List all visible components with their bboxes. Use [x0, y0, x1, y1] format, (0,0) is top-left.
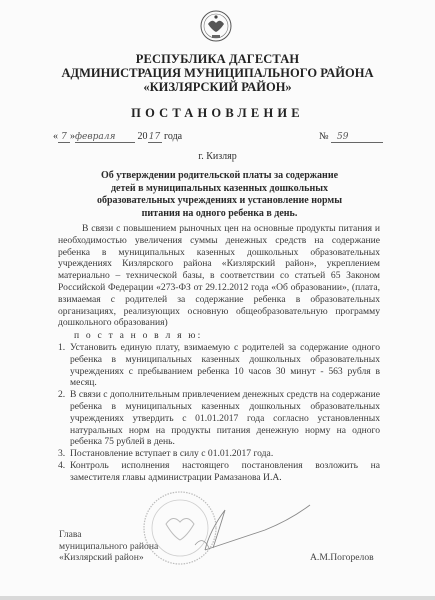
- header-republic: РЕСПУБЛИКА ДАГЕСТАН: [0, 52, 435, 67]
- signatory-position: Глава муниципального района «Кизлярский …: [59, 529, 158, 564]
- position-line-2: муниципального района: [59, 541, 158, 553]
- header-district: «КИЗЛЯРСКИЙ РАЙОН»: [0, 80, 435, 95]
- number-value: 59: [331, 132, 383, 143]
- document-subject: Об утверждении родительской платы за сод…: [92, 170, 347, 220]
- date-year-word: года: [164, 131, 182, 142]
- document-type-title: ПОСТАНОВЛЕНИЕ: [0, 106, 435, 121]
- date-day: 7: [58, 132, 70, 143]
- number-label: №: [319, 131, 329, 142]
- coat-of-arms-icon: [198, 8, 234, 44]
- city: г. Кизляр: [0, 151, 435, 162]
- date-line: «7»февраля 2017 года № 59: [53, 131, 383, 145]
- decree-item: 4.Контроль исполнения настоящего постано…: [58, 460, 380, 484]
- page-bottom-edge: [0, 596, 435, 600]
- document-page: РЕСПУБЛИКА ДАГЕСТАН АДМИНИСТРАЦИЯ МУНИЦИ…: [0, 0, 435, 600]
- signatory-name: А.М.Погорелов: [310, 552, 374, 563]
- decree-item: 3.Постановление вступает в силу с 01.01.…: [58, 448, 380, 460]
- position-line-1: Глава: [59, 529, 158, 541]
- handwritten-signature-icon: [175, 490, 315, 560]
- decree-item: 1.Установить единую плату, взимаемую с р…: [58, 342, 380, 389]
- decree-item: 2.В связи с дополнительным привлечением …: [58, 389, 380, 448]
- document-number: № 59: [319, 131, 383, 143]
- date-year-suffix: 17: [148, 132, 162, 143]
- date-year-prefix: 20: [138, 131, 148, 142]
- preamble-paragraph: В связи с повышением рыночных цен на осн…: [58, 223, 380, 329]
- decree-items-list: 1.Установить единую плату, взимаемую с р…: [58, 342, 380, 484]
- position-line-3: «Кизлярский район»: [59, 552, 158, 564]
- date-month: февраля: [75, 132, 135, 143]
- decree-word: п о с т а н о в л я ю:: [74, 330, 203, 341]
- header-administration: АДМИНИСТРАЦИЯ МУНИЦИПАЛЬНОГО РАЙОНА: [0, 66, 435, 81]
